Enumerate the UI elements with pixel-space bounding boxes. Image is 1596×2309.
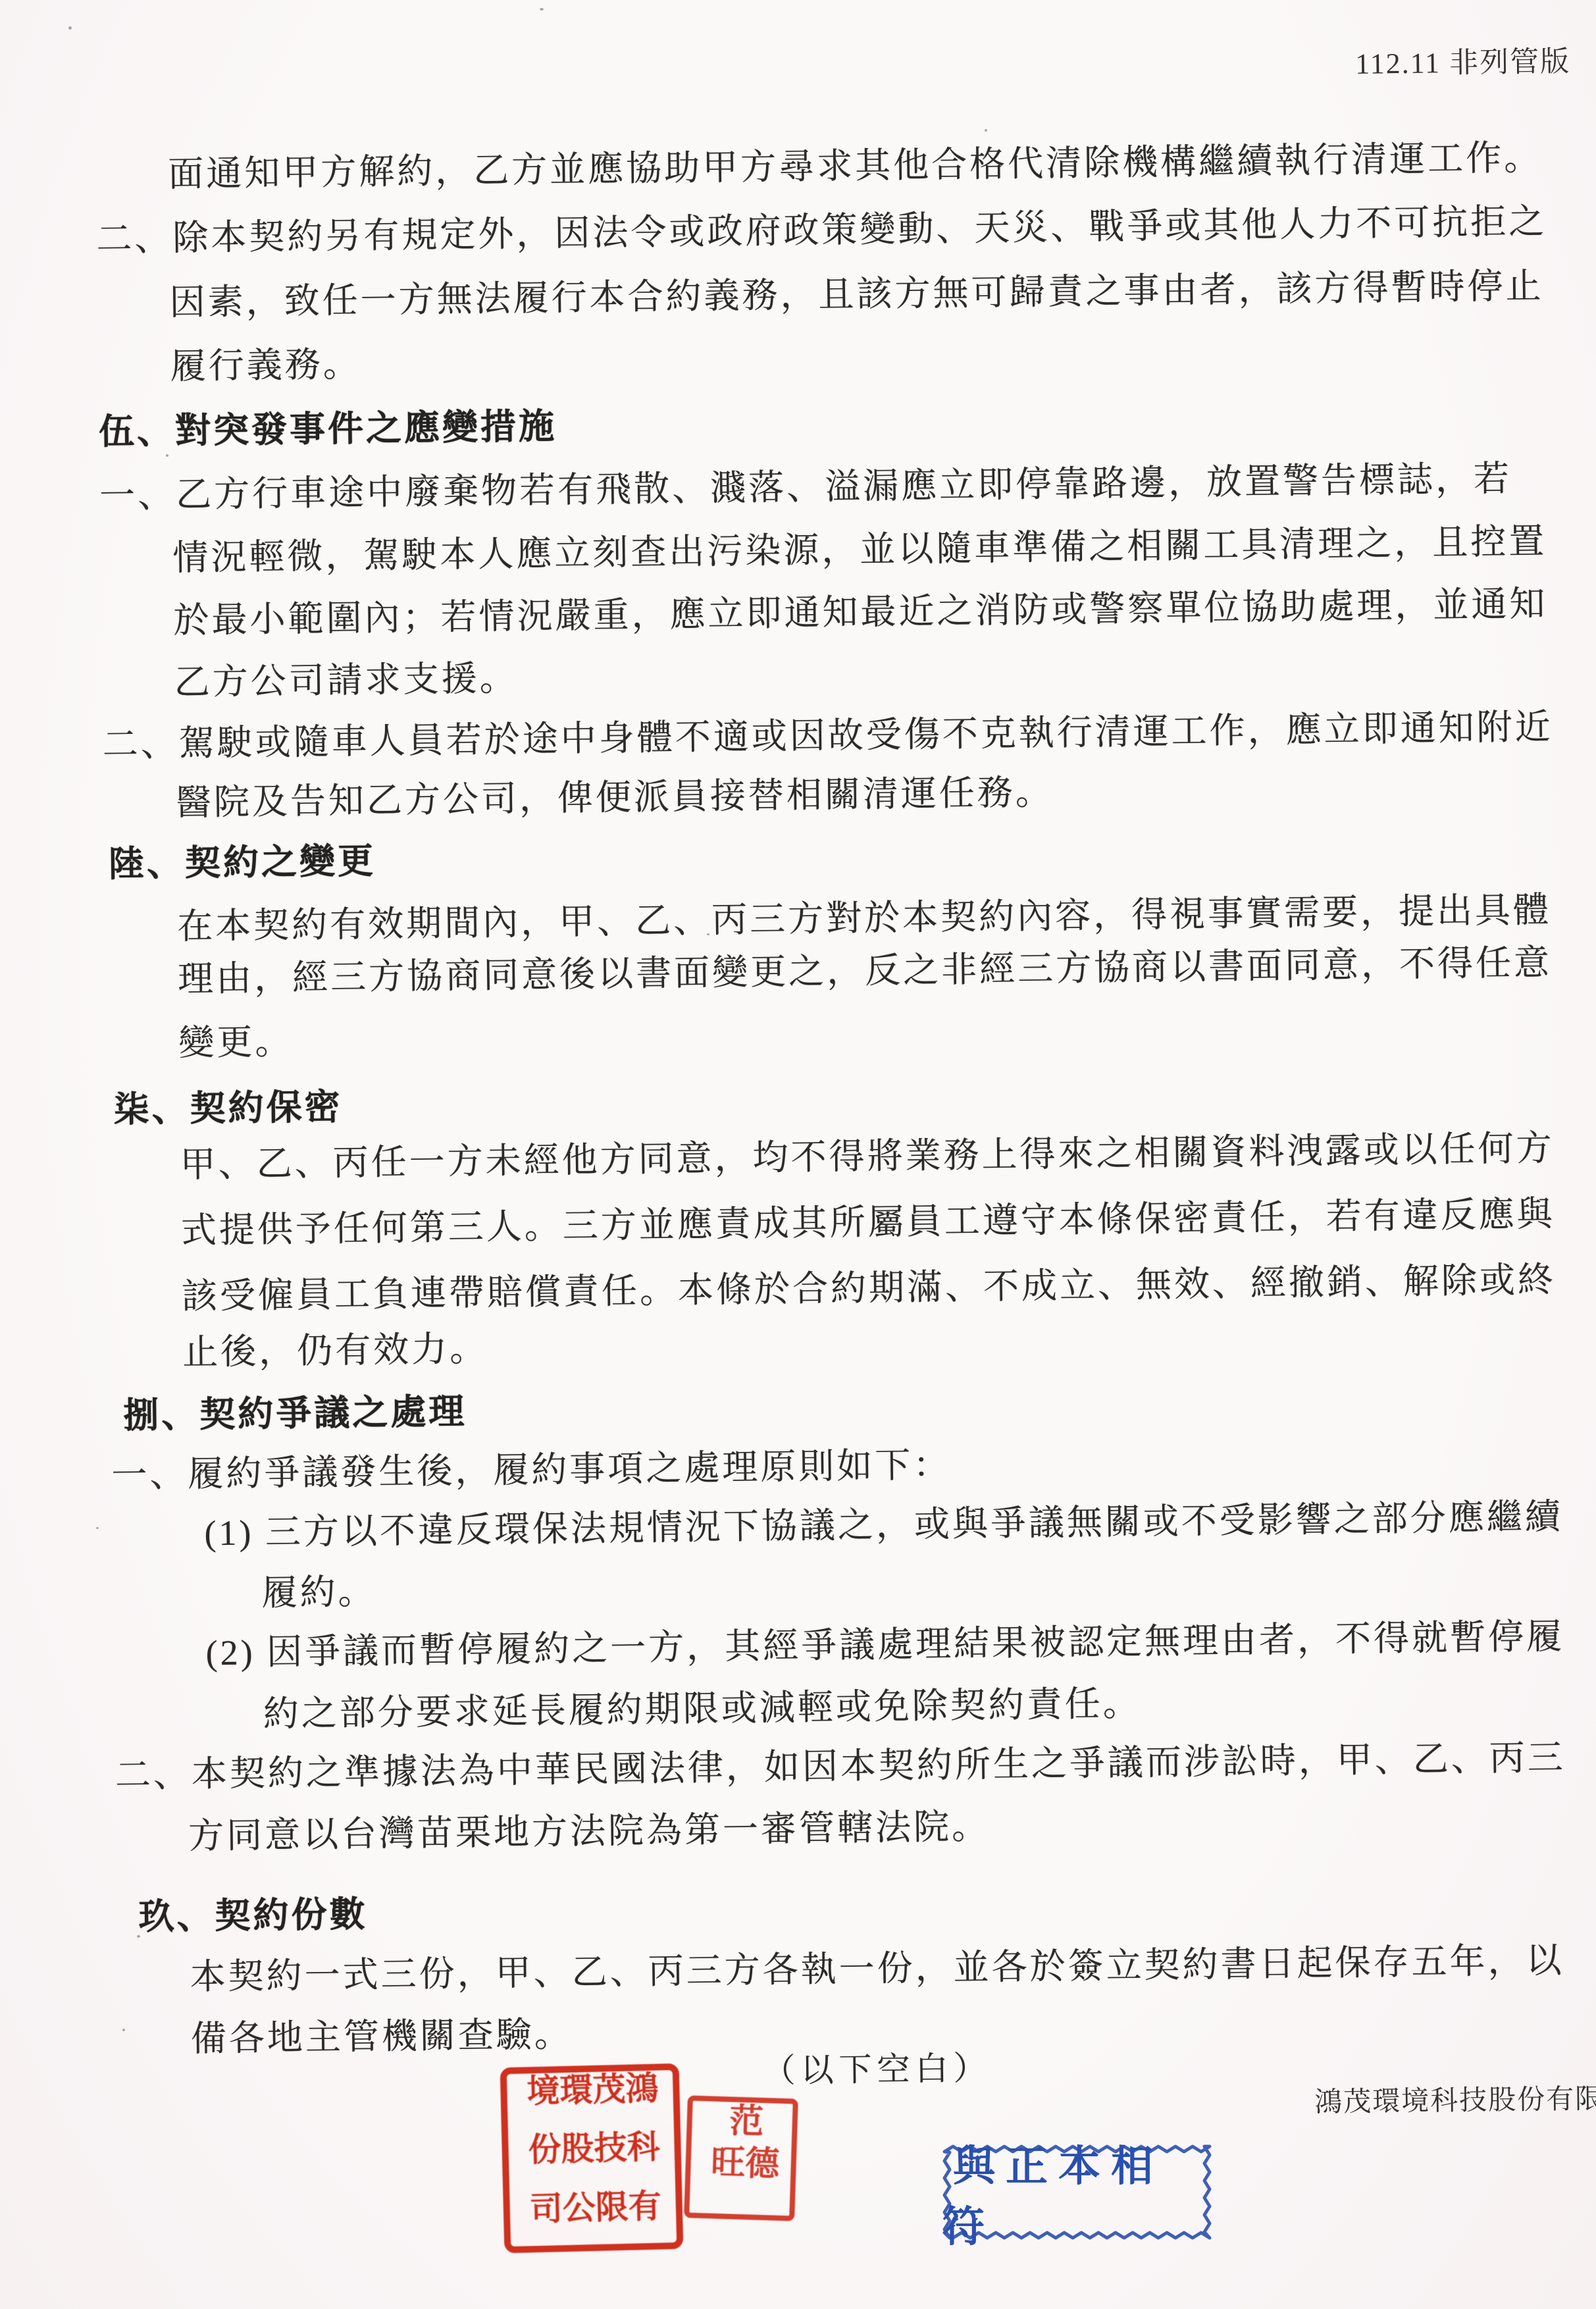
contract-line: 止後，仍有效力。 — [182, 1320, 488, 1375]
contract-line: 式提供予任何第三人。三方並應責成其所屬員工遵守本條保密責任，若有違反應與 — [180, 1185, 1555, 1253]
clause-item: 二、駕駛或隨車人員若於途中身體不適或因故受傷不克執行清運工作，應立即通知附近 — [102, 698, 1553, 767]
certified-true-copy-stamp: 與正本相符 — [942, 2144, 1214, 2242]
contract-line: 履行義務。 — [170, 336, 361, 389]
contract-line: 履約。 — [261, 1563, 376, 1615]
contract-line: 本契約一式三份，甲、乙、丙三方各執一份，並各於簽立契約書日起保存五年，以 — [190, 1932, 1564, 2000]
scan-speck — [122, 2029, 125, 2031]
contract-line: 乙方公司請求支援。 — [174, 650, 518, 704]
company-seal-stamp: 鴻茂環境 科技股份 有限公司 — [500, 2063, 684, 2254]
sub-clause: (1) 三方以不違反環保法規情況下協議之，或與爭議無關或不受影響之部分應繼續 — [204, 1488, 1563, 1555]
contract-line: 方同意以台灣苗栗地方法院為第一審管轄法院。 — [188, 1798, 991, 1859]
contract-line: 該受僱員工負連帶賠償責任。本條於合約期滿、不成立、無效、經撤銷、解除或終 — [182, 1251, 1557, 1319]
contract-line: 甲、乙、丙任一方未經他方同意，均不得將業務上得來之相關資料洩露或以任何方 — [180, 1120, 1555, 1187]
scan-speck — [540, 8, 544, 11]
section-heading-emergency: 伍、對突發事件之應變措施 — [99, 398, 557, 454]
section-heading-confidentiality: 柒、契約保密 — [113, 1079, 343, 1132]
scan-speck — [96, 1527, 99, 1529]
company-seal-characters: 鴻茂環境 科技股份 有限公司 — [522, 2071, 661, 2246]
printed-text-layer: 112.11 非列管版 面通知甲方解約，乙方並應協助甲方尋求其他合格代清除機構繼… — [0, 0, 1596, 2309]
scan-speck — [166, 454, 168, 457]
section-heading-copies: 玖、契約份數 — [138, 1886, 368, 1939]
contract-line: 變更。 — [178, 1014, 294, 1066]
scan-speck — [985, 129, 987, 132]
section-heading-amendment: 陸、契約之變更 — [109, 833, 376, 887]
contract-line: 面通知甲方解約，乙方並應協助甲方尋求其他合格代清除機構繼續執行清運工作。 — [168, 129, 1543, 197]
contract-line: 情況輕微，駕駛本人應立刻查出污染源，並以隨車準備之相關工具清理之，且控置 — [172, 513, 1547, 581]
clause-item: 二、本契約之準據法為中華民國法律，如因本契約所生之爭議而涉訟時，甲、乙、丙三 — [115, 1729, 1566, 1798]
company-name-line: 鴻茂環境科技股份有限公司 — [1314, 2076, 1596, 2119]
clause-item: 一、乙方行車途中廢棄物若有飛散、濺落、溢漏應立即停靠路邊，放置警告標誌，若 — [99, 450, 1512, 518]
blank-below-note: （以下空白） — [762, 2042, 992, 2092]
contract-line: 備各地主管機關查驗。 — [190, 2006, 573, 2062]
contract-line: 因素，致任一方無法履行本合約義務，且該方無可歸責之事由者，該方得暫時停止 — [169, 257, 1544, 325]
scan-speck — [137, 1935, 140, 1938]
clause-item: 二、除本契約另有規定外，因法令或政府政策變動、天災、戰爭或其他人力不可抗拒之 — [96, 193, 1547, 261]
scanned-contract-page: 112.11 非列管版 面通知甲方解約，乙方並應協助甲方尋求其他合格代清除機構繼… — [0, 0, 1596, 2309]
clause-item: 一、履約爭議發生後，履約事項之處理原則如下： — [111, 1437, 952, 1498]
version-tag: 112.11 非列管版 — [1355, 38, 1570, 82]
personal-seal-characters: 范 德旺 — [703, 2101, 779, 2215]
contract-line: 於最小範圍內；若情況嚴重，應立即通知最近之消防或警察單位協助處理，並通知 — [173, 575, 1548, 643]
certified-stamp-text: 與正本相符 — [942, 2144, 1214, 2242]
sub-clause: (2) 因爭議而暫停履約之一方，其經爭議處理結果被認定無理由者，不得就暫停履 — [205, 1608, 1564, 1675]
scan-speck — [707, 933, 709, 935]
scan-speck — [68, 26, 72, 30]
contract-line: 醫院及告知乙方公司，俾便派員接替相關清運任務。 — [175, 764, 1054, 825]
section-heading-disputes: 捌、契約爭議之處理 — [123, 1383, 467, 1438]
contract-line: 約之部分要求延長履約期限或減輕或免除契約責任。 — [263, 1675, 1141, 1736]
personal-seal-stamp: 范 德旺 — [684, 2095, 798, 2221]
